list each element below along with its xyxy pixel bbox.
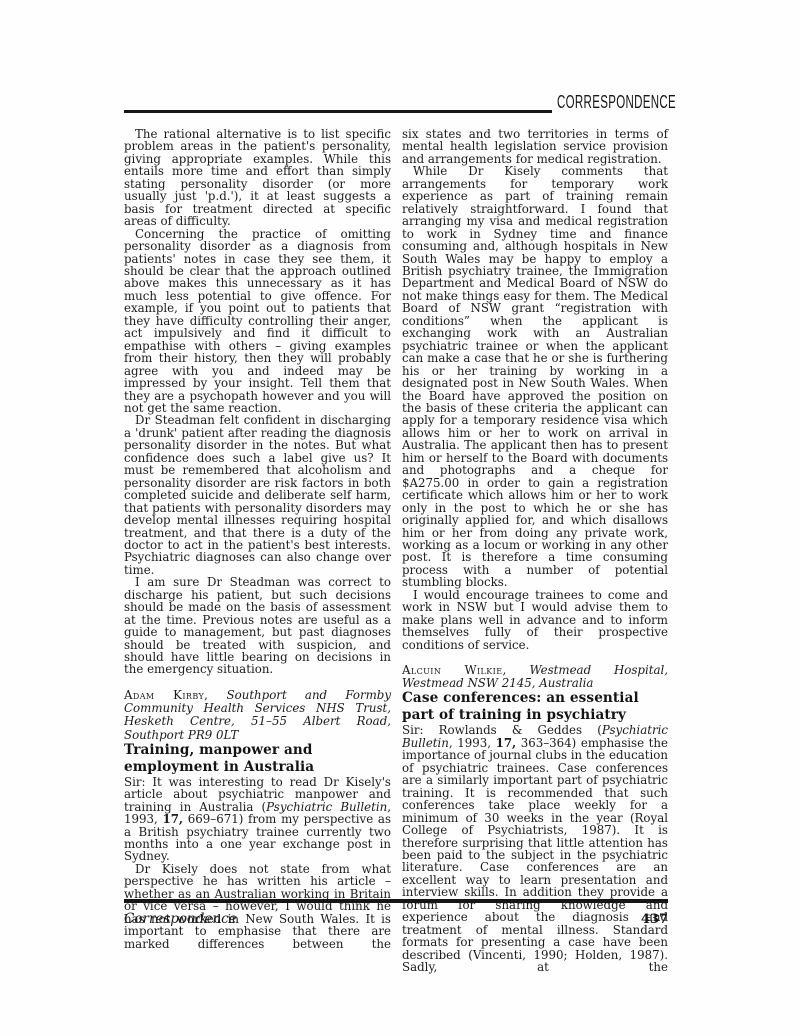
journal-page: CORRESPONDENCE The rational alternative … (0, 0, 800, 1036)
letter-paragraph: Dr Kisely does not state from what persp… (124, 863, 391, 950)
letter-signature: Adam Kirby, Southport and Formby Communi… (124, 689, 391, 742)
letter-paragraph: Sir: Rowlands & Geddes (Psychiatric Bull… (402, 724, 668, 973)
letter-paragraph: Sir: It was interesting to read Dr Kisel… (124, 776, 391, 863)
page-footer: Correspondence 437 (124, 911, 668, 927)
footer-rule (124, 899, 668, 903)
letter-heading-case-conferences: Case conferences: an essential part of t… (402, 690, 668, 724)
footer-page-number: 437 (641, 912, 668, 927)
letter-paragraph-continued: six states and two territories in terms … (402, 128, 668, 165)
letter-paragraph: While Dr Kisely comments that arrangemen… (402, 165, 668, 588)
signature-name: Adam Kirby, (124, 688, 208, 702)
letter-paragraph: Dr Steadman felt confident in dischargin… (124, 414, 391, 576)
letter-paragraph: I am sure Dr Steadman was correct to dis… (124, 576, 391, 676)
running-head-correspondence: CORRESPONDENCE (557, 94, 631, 110)
footer-journal-name: Correspondence (124, 911, 237, 927)
signature-name: Alcuin Wilkie, (402, 663, 507, 677)
letter-paragraph: The rational alternative is to list spec… (124, 128, 391, 228)
letter-paragraph: I would encourage trainees to come and w… (402, 589, 668, 651)
left-column: The rational alternative is to list spec… (124, 128, 391, 898)
header-rule (124, 110, 552, 113)
letter-signature: Alcuin Wilkie, Westmead Hospital, Westme… (402, 664, 668, 690)
right-column: six states and two territories in terms … (402, 128, 668, 898)
letter-heading-training-australia: Training, manpower and employment in Aus… (124, 742, 391, 776)
letter-paragraph: Concerning the practice of omitting pers… (124, 228, 391, 415)
